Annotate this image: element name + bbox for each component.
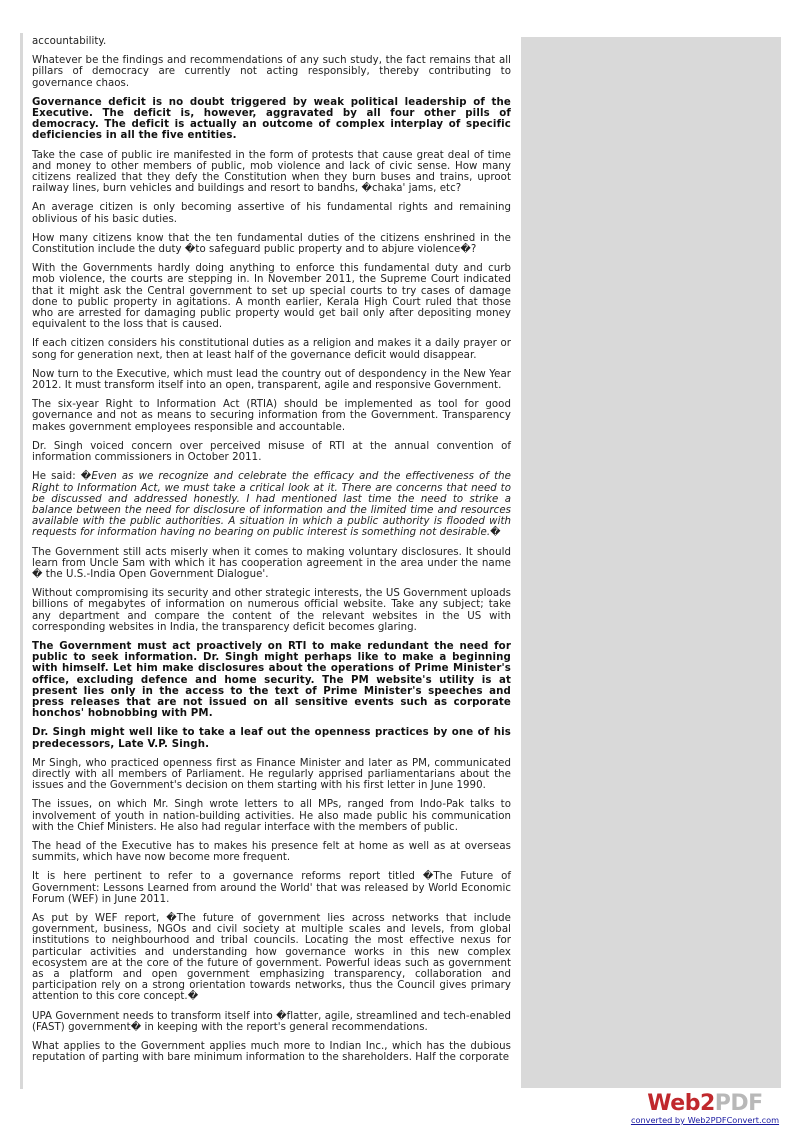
logo-web2: Web2 [647,1091,714,1116]
paragraph: Without compromising its security and ot… [32,588,511,633]
paragraph: Now turn to the Executive, which must le… [32,369,511,391]
paragraph: It is here pertinent to refer to a gover… [32,871,511,905]
paragraph: accountability. [32,36,511,47]
logo-pdf: PDF [715,1091,763,1116]
paragraph-bold: Dr. Singh might well like to take a leaf… [32,727,511,749]
paragraph: Dr. Singh voiced concern over perceived … [32,441,511,463]
paragraph: The issues, on which Mr. Singh wrote let… [32,799,511,833]
paragraph: Whatever be the findings and recommendat… [32,55,511,89]
quote-tail: � [490,527,501,538]
paragraph: The head of the Executive has to makes h… [32,841,511,863]
web2pdf-logo: Web2PDF [625,1093,785,1115]
paragraph: How many citizens know that the ten fund… [32,233,511,255]
article-body: accountability. Whatever be the findings… [32,36,511,1071]
paragraph: An average citizen is only becoming asse… [32,202,511,224]
paragraph: What applies to the Government applies m… [32,1041,511,1063]
paragraph: The six-year Right to Information Act (R… [32,399,511,433]
sidebar-placeholder [521,37,781,1088]
paragraph: The Government still acts miserly when i… [32,547,511,581]
paragraph-bold: The Government must act proactively on R… [32,641,511,719]
paragraph: As put by WEF report, �The future of gov… [32,913,511,1003]
pdf-page: accountability. Whatever be the findings… [0,0,800,1132]
quote-text: Even as we recognize and celebrate the e… [32,471,511,538]
web2pdf-watermark: Web2PDF converted by Web2PDFConvert.com [625,1093,785,1125]
paragraph-bold: Governance deficit is no doubt triggered… [32,97,511,142]
content-left-border [20,33,23,1089]
paragraph: Mr Singh, who practiced openness first a… [32,758,511,792]
paragraph: UPA Government needs to transform itself… [32,1011,511,1033]
paragraph: If each citizen considers his constituti… [32,338,511,360]
quote-paragraph: He said: �Even as we recognize and celeb… [32,471,511,538]
paragraph: Take the case of public ire manifested i… [32,150,511,195]
paragraph: With the Governments hardly doing anythi… [32,263,511,330]
quote-lead: He said: � [32,471,91,482]
web2pdf-link[interactable]: converted by Web2PDFConvert.com [625,1115,785,1125]
